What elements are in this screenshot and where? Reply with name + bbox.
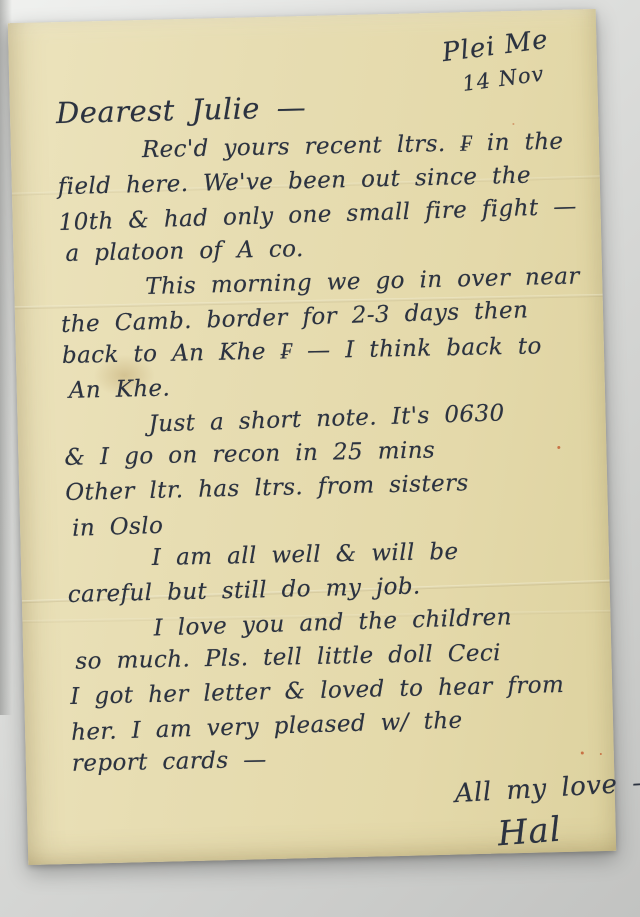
letter-body: Rec'd yours recent ltrs. ₣ in thefield h…	[57, 123, 603, 782]
closing: All my love —	[454, 770, 604, 809]
letter-content: Dearest Julie — Rec'd yours recent ltrs.…	[8, 9, 616, 865]
photo-background: Plei Me 14 Nov Dearest Julie — Rec'd you…	[0, 0, 640, 917]
signature: Hal	[496, 806, 605, 854]
letter-paper: Plei Me 14 Nov Dearest Julie — Rec'd you…	[8, 9, 616, 865]
